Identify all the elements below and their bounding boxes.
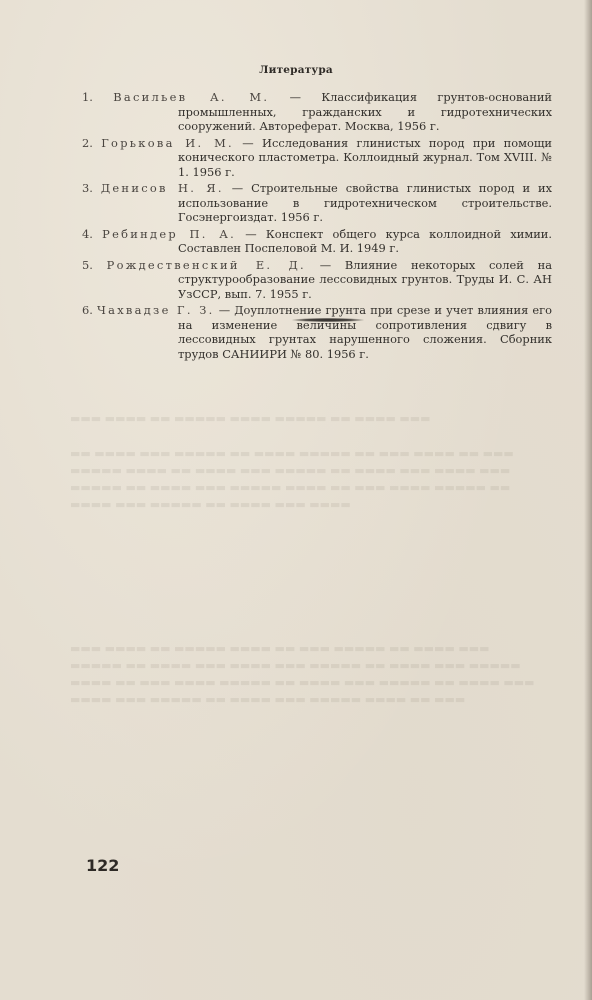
reference-item: 5. Рождественский Е. Д. — Влияние некото…	[82, 258, 552, 302]
bleed-through-text: ▬▬ ▬▬▬▬ ▬▬▬ ▬▬▬▬▬ ▬▬ ▬▬▬▬ ▬▬▬▬▬ ▬▬ ▬▬▬ ▬…	[70, 445, 540, 605]
reference-text: — Исследования глинистых пород при помощ…	[178, 136, 552, 179]
end-ornament-divider	[292, 318, 364, 322]
reference-author: Горькова И. М.	[101, 136, 234, 150]
reference-item: 1. Васильев А. М. — Классификация грунто…	[82, 90, 552, 134]
reference-author: Рождественский Е. Д.	[107, 258, 306, 272]
reference-author: Васильев А. М.	[113, 90, 269, 104]
reference-text: — Строительные свойства глинистых пород …	[178, 181, 552, 224]
reference-number: 4.	[82, 227, 93, 241]
reference-number: 3.	[82, 181, 93, 195]
reference-author: Денисов Н. Я.	[101, 181, 224, 195]
reference-number: 6.	[82, 303, 93, 317]
reference-text: — Доуплотнение грунта при срезе и учет в…	[178, 303, 552, 361]
page-edge-shadow	[584, 0, 592, 1000]
reference-item: 3. Денисов Н. Я. — Строительные свойства…	[82, 181, 552, 225]
reference-number: 2.	[82, 136, 93, 150]
reference-number: 1.	[82, 90, 93, 104]
reference-author: Ребиндер П. А.	[102, 227, 236, 241]
section-heading: Литература	[0, 64, 592, 76]
reference-item: 2. Горькова И. М. — Исследования глинист…	[82, 136, 552, 180]
bleed-through-text: ▬▬▬ ▬▬▬▬ ▬▬ ▬▬▬▬▬ ▬▬▬▬ ▬▬▬▬▬ ▬▬ ▬▬▬▬ ▬▬▬	[70, 410, 540, 427]
reference-list: 1. Васильев А. М. — Классификация грунто…	[82, 90, 552, 363]
reference-item: 6. Чахвадзе Г. З. — Доуплотнение грунта …	[82, 303, 552, 361]
bleed-through-text: ▬▬▬ ▬▬▬▬ ▬▬ ▬▬▬▬▬ ▬▬▬▬ ▬▬ ▬▬▬ ▬▬▬▬▬ ▬▬ ▬…	[70, 640, 540, 820]
reference-author: Чахвадзе Г. З.	[97, 303, 215, 317]
reference-item: 4. Ребиндер П. А. — Конспект общего курс…	[82, 227, 552, 256]
reference-number: 5.	[82, 258, 93, 272]
page-number: 122	[86, 856, 119, 875]
